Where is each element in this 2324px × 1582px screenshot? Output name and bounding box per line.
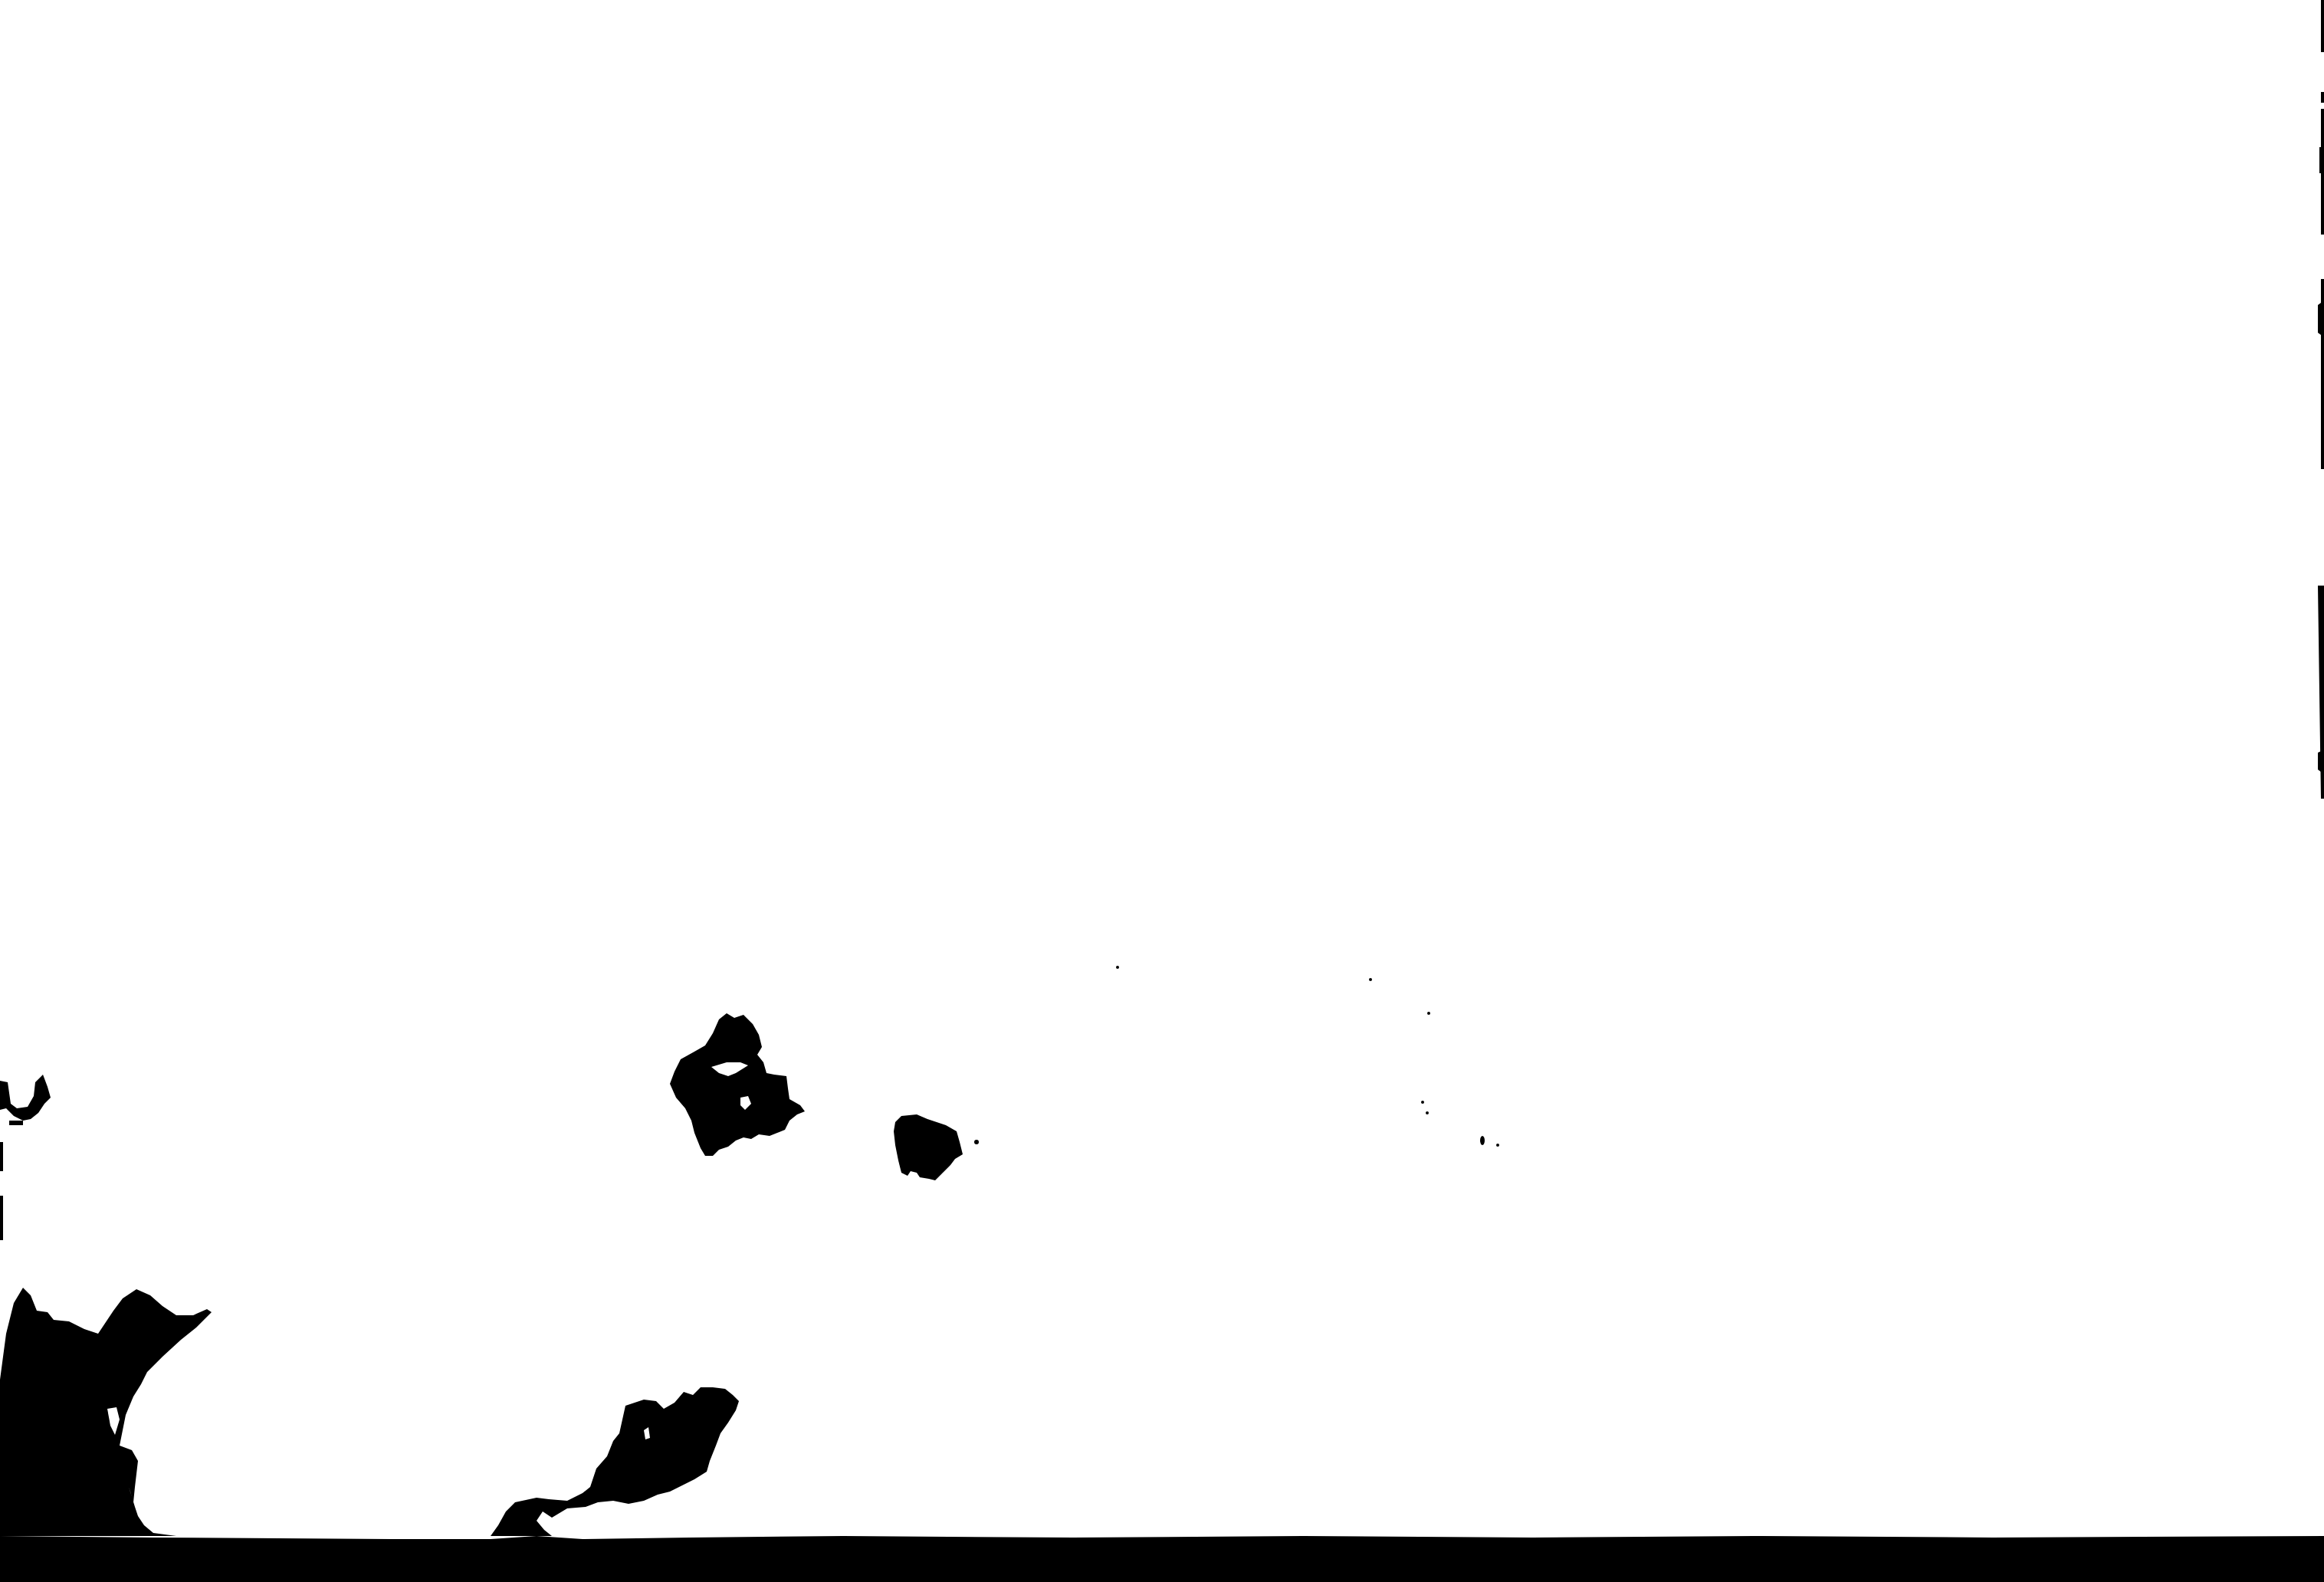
speck <box>1480 1136 1485 1145</box>
ground-band <box>0 1536 2324 1582</box>
silhouette-canvas <box>0 0 2324 1582</box>
left-small-dash <box>9 1121 23 1125</box>
speck <box>1426 1111 1429 1114</box>
background <box>0 0 2324 1582</box>
speck <box>1421 1101 1424 1104</box>
speck <box>1496 1144 1499 1147</box>
speck <box>1369 978 1372 981</box>
speck <box>1427 1012 1430 1015</box>
speck <box>1116 966 1119 969</box>
left-edge-line-2 <box>0 1196 3 1240</box>
right-edge-blob <box>2318 300 2324 337</box>
speck <box>974 1140 979 1144</box>
left-edge-line <box>0 1142 3 1171</box>
